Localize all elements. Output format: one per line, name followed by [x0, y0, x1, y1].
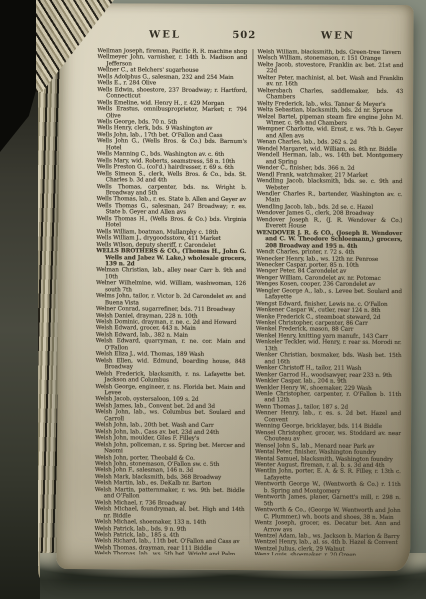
directory-entry: Wells Thomas H., (Wells Bros. & Co.) bds… — [96, 216, 246, 230]
directory-entry: Welte Jacob, stovestore, Franklin av. be… — [257, 62, 403, 76]
page-number: 502 — [232, 30, 246, 41]
directory-entry: Wenner Henry, lab., r. es. s. 2d bet. Ha… — [255, 411, 401, 425]
directory-column-left: Wellman Joseph, fireman, Pacific R. R. m… — [94, 48, 247, 555]
directory-entry: Welsh Martin, patternmaker, r. ws. 9th b… — [95, 487, 245, 501]
directory-entry: Wells Edwin, shoestore, 237 Broadway; r.… — [97, 87, 247, 101]
directory-entry: Welter Peter, machinist, al. bet. Wash a… — [257, 75, 403, 89]
directory-entry: Wenz Louis, shoemaker, r. 20 Green — [254, 552, 400, 556]
directory-entry: Wendell Herman, lab., ws. 14th bet. Mont… — [257, 152, 403, 166]
directory-entry: Welner Wilhelmine, wid. William, washwom… — [96, 280, 246, 294]
directory-entry: Wengler George A., lab., s. Levee bet. S… — [256, 288, 402, 302]
directory-entry: Welsh Ellen, wid. Edmund, boarding house… — [95, 358, 245, 372]
directory-entry: Welsh John, lab., ws. Columbus bet. Soul… — [95, 410, 245, 424]
header-section-right: WEN — [246, 30, 403, 42]
directory-entry: Wentworth James, planer, Garnett's mill,… — [255, 494, 401, 508]
directory-page: WEL 502 WEN Wellman Joseph, fireman, Pac… — [56, 3, 413, 571]
directory-entry: Welsh John, policeman, r. ss. Spring bet… — [95, 442, 245, 456]
directory-entry: Wenkeler Teckler, wid. Henry, r. rear ss… — [256, 340, 402, 354]
directory-entry: Wells Simeon S., clerk, Wells Bros. & Co… — [97, 171, 247, 185]
header-section-left: WEL — [98, 29, 233, 41]
column-divider-rule — [249, 49, 253, 549]
directory-entry: Wentworth George W., (Wentworth & Co.) r… — [255, 481, 401, 495]
directory-entry: Wenker Christian, boxmaker, bds. Wash be… — [256, 352, 402, 366]
directory-page-photo: WEL 502 WEN Wellman Joseph, fireman, Pac… — [0, 0, 426, 599]
directory-entry: Wendler Charles R., bartender, Washingto… — [257, 191, 403, 205]
directory-entry: WELLS BROTHERS & CO., (Thomas H., John G… — [96, 248, 246, 268]
directory-entry: Weltersbach Charles, saddlemaker, bds. 4… — [257, 88, 403, 102]
directory-entry: Welsh Thomas, lab., ws. 5th bet. Wright … — [94, 551, 244, 555]
directory-column-right: Welsh William, blacksmith, bds. Green-tr… — [254, 49, 403, 556]
directory-entry: Wendling Jacob, blacksmith, bds. se. c. … — [257, 178, 403, 192]
directory-entry: Welsh Edward, quarryman, r. ne. cor. Mai… — [96, 339, 246, 353]
directory-entry: Wells John G., (Wells Bros. & Co.) bds. … — [97, 138, 247, 152]
directory-entry: Welsh Frederick, blacksmith, r. ns. Lafa… — [95, 371, 245, 385]
directory-entry: Wells Erastus, omnibusproprietor, Market… — [97, 106, 247, 120]
directory-entry: Wenle Christopher, carpenter, r. O'Fallo… — [255, 391, 401, 405]
directory-columns: Wellman Joseph, fireman, Pacific R. R. m… — [56, 40, 413, 556]
running-header: WEL 502 WEN — [60, 3, 414, 42]
directory-entry: Wells Thomas G., salesman, 247 Broadway;… — [96, 203, 246, 217]
directory-entry: Wendover Joseph R., (J. R. Wendover & Co… — [256, 217, 402, 231]
directory-entry: Wentz Joseph, grocer, es. Decatur bet. A… — [254, 520, 400, 534]
directory-entry: Wensel Christopher, grocer, ws. Stoddard… — [255, 430, 401, 444]
directory-entry: Welms John, tailor, r. Victor b. 2d Caro… — [96, 293, 246, 307]
directory-entry: Welsh Michael, foundryman, al. bet. High… — [95, 506, 245, 520]
directory-entry: Wentworth & Co., (George W. Wentworth an… — [255, 507, 401, 521]
directory-entry: WENDOVER J. R. & CO., (Joseph R. Wendove… — [256, 230, 402, 250]
